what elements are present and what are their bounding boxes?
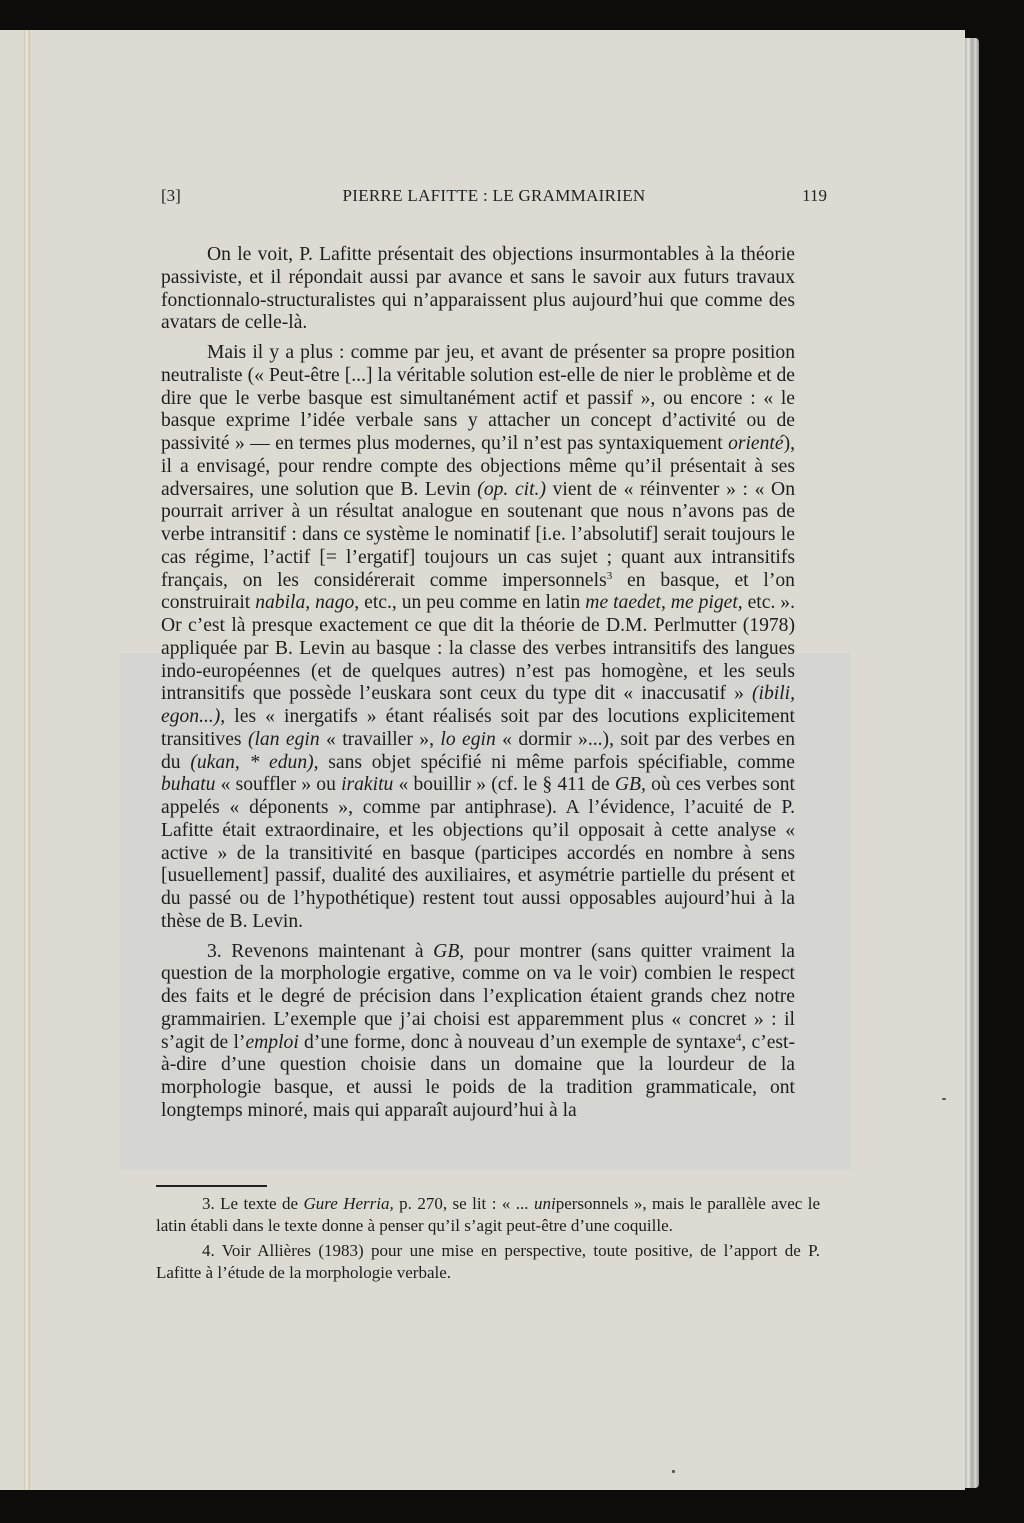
italic-run: (lan egin	[248, 729, 320, 750]
footnote-4: 4. Voir Allières (1983) pour une mise en…	[156, 1240, 820, 1283]
text-run: « travailler »,	[320, 729, 441, 750]
italic-run: lo egin	[440, 729, 495, 750]
running-title: PIERRE LAFITTE : LE GRAMMAIRIEN	[161, 186, 827, 206]
italic-run: GB,	[433, 941, 464, 962]
text-run: « souffler » ou	[215, 774, 341, 795]
text-run: « bouillir » (cf. le § 411 de	[393, 774, 615, 795]
italic-run: (ukan, * edun),	[190, 752, 318, 773]
italic-run: emploi	[245, 1032, 298, 1053]
paper-speck	[942, 1098, 946, 1100]
footnotes: 3. Le texte de Gure Herria, p. 270, se l…	[156, 1193, 820, 1287]
italic-run: irakitu	[341, 774, 393, 795]
text-run: 4. Voir Allières (1983) pour une mise en…	[156, 1241, 820, 1282]
text-run: 3. Revenons maintenant à	[207, 941, 433, 962]
text-run: etc., un peu comme en latin	[359, 592, 585, 613]
paragraph: On le voit, P. Lafitte présentait des ob…	[161, 244, 795, 335]
text-run: d’une forme, donc à nouveau d’un exemple…	[299, 1032, 736, 1053]
facing-page-edge	[0, 30, 24, 1490]
italic-run: uni	[534, 1194, 556, 1213]
text-run: où ces verbes sont appelés « déponents »…	[161, 774, 795, 932]
footnote-3: 3. Le texte de Gure Herria, p. 270, se l…	[156, 1193, 820, 1236]
italic-run: buhatu	[161, 774, 215, 795]
italic-run: (op. cit.)	[477, 479, 546, 500]
text-run: Mais il y a plus : comme par jeu, et ava…	[161, 342, 795, 454]
italic-run: Gure Herria,	[303, 1194, 393, 1213]
text-run: sans objet spécifié ni même parfois spéc…	[319, 752, 795, 773]
italic-run: nabila, nago,	[255, 592, 359, 613]
italic-run: me taedet, me piget,	[585, 592, 742, 613]
text-run: p. 270, se lit : « ...	[394, 1194, 534, 1213]
main-text: On le voit, P. Lafitte présentait des ob…	[161, 244, 795, 1130]
paper-speck	[672, 1470, 675, 1473]
page-number: 119	[802, 186, 827, 206]
italic-run: orienté	[728, 433, 784, 454]
paragraph: 3. Revenons maintenant à GB, pour montre…	[161, 941, 795, 1123]
page-stack-edge	[965, 38, 979, 1488]
footnote-separator	[156, 1185, 267, 1187]
italic-run: GB,	[615, 774, 646, 795]
paragraph: Mais il y a plus : comme par jeu, et ava…	[161, 342, 795, 934]
running-header: [3] PIERRE LAFITTE : LE GRAMMAIRIEN 119	[161, 186, 827, 210]
text-run: On le voit, P. Lafitte présentait des ob…	[161, 244, 795, 333]
text-run: 3. Le texte de	[202, 1194, 303, 1213]
